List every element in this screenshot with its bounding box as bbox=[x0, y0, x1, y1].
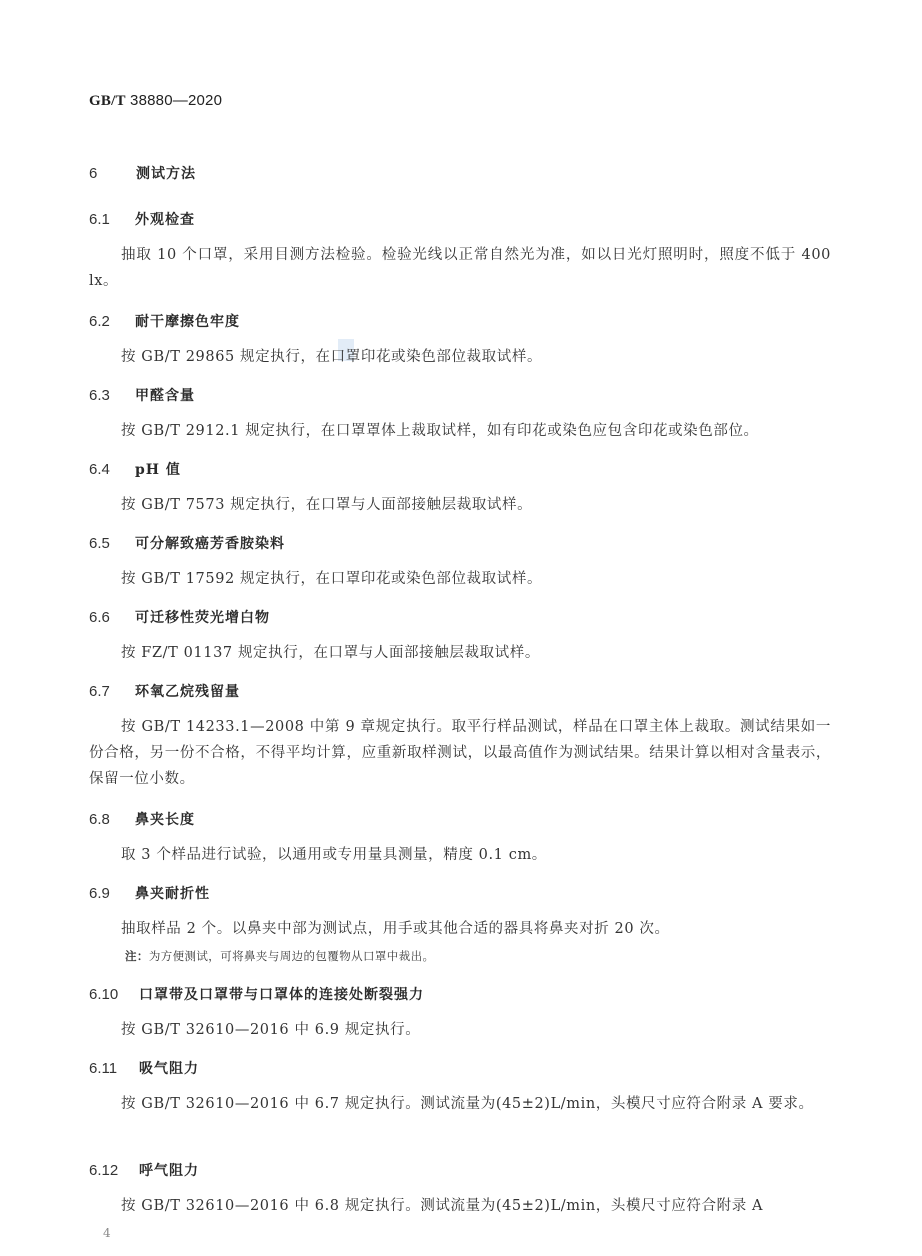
clause-text-6-8: 取 3 个样品进行试验，以通用或专用量具测量，精度 0.1 cm。 bbox=[89, 842, 831, 868]
clause-number: 6.6 bbox=[89, 609, 135, 626]
clause-title: 外观检查 bbox=[135, 209, 195, 229]
clause-text-6-7: 按 GB/T 14233.1—2008 中第 9 章规定执行。取平行样品测试，样… bbox=[89, 714, 831, 792]
clause-number: 6.10 bbox=[89, 986, 139, 1003]
clause-text-6-3: 按 GB/T 2912.1 规定执行，在口罩罩体上裁取试样，如有印花或染色应包含… bbox=[89, 418, 831, 444]
clause-text-6-11: 按 GB/T 32610—2016 中 6.7 规定执行。测试流量为(45±2)… bbox=[89, 1091, 831, 1117]
clause-note-6-9: 注：为方便测试，可将鼻夹与周边的包覆物从口罩中裁出。 bbox=[125, 948, 434, 964]
clause-title: 可迁移性荧光增白物 bbox=[135, 607, 270, 627]
clause-text-6-6: 按 FZ/T 01137 规定执行，在口罩与人面部接触层裁取试样。 bbox=[89, 640, 831, 666]
clause-text-6-2: 按 GB/T 29865 规定执行，在口罩印花或染色部位裁取试样。 bbox=[89, 344, 831, 370]
clause-title: 环氧乙烷残留量 bbox=[135, 681, 240, 701]
clause-title: 耐干摩擦色牢度 bbox=[135, 311, 240, 331]
document-page: GB/T 38880—2020 6测试方法 6.1外观检查 抽取 10 个口罩，… bbox=[0, 0, 922, 1256]
clause-text-6-1: 抽取 10 个口罩，采用目测方法检验。检验光线以正常自然光为准，如以日光灯照明时… bbox=[89, 242, 831, 294]
clause-title: 口罩带及口罩带与口罩体的连接处断裂强力 bbox=[139, 984, 424, 1004]
clause-text-6-12: 按 GB/T 32610—2016 中 6.8 规定执行。测试流量为(45±2)… bbox=[89, 1193, 831, 1219]
clause-text-6-9: 抽取样品 2 个。以鼻夹中部为测试点，用手或其他合适的器具将鼻夹对折 20 次。 bbox=[89, 916, 831, 942]
clause-number: 6.1 bbox=[89, 211, 135, 228]
clause-heading-6-4: 6.4pH 值 bbox=[89, 459, 181, 479]
clause-title: 吸气阻力 bbox=[139, 1058, 199, 1078]
clause-number: 6.11 bbox=[89, 1060, 139, 1077]
clause-title: 鼻夹耐折性 bbox=[135, 883, 210, 903]
clause-heading-6-9: 6.9鼻夹耐折性 bbox=[89, 883, 210, 903]
clause-number: 6.5 bbox=[89, 535, 135, 552]
clause-heading-6-1: 6.1外观检查 bbox=[89, 209, 195, 229]
clause-title: 鼻夹长度 bbox=[135, 809, 195, 829]
section-number: 6 bbox=[89, 165, 136, 182]
clause-heading-6-7: 6.7环氧乙烷残留量 bbox=[89, 681, 240, 701]
clause-number: 6.8 bbox=[89, 811, 135, 828]
clause-text-6-10: 按 GB/T 32610—2016 中 6.9 规定执行。 bbox=[89, 1017, 831, 1043]
clause-number: 6.9 bbox=[89, 885, 135, 902]
clause-heading-6-8: 6.8鼻夹长度 bbox=[89, 809, 195, 829]
clause-heading-6-5: 6.5可分解致癌芳香胺染料 bbox=[89, 533, 285, 553]
note-text: 为方便测试，可将鼻夹与周边的包覆物从口罩中裁出。 bbox=[149, 949, 435, 963]
clause-heading-6-11: 6.11吸气阻力 bbox=[89, 1058, 199, 1078]
section-title: 测试方法 bbox=[136, 163, 196, 183]
clause-heading-6-6: 6.6可迁移性荧光增白物 bbox=[89, 607, 270, 627]
clause-number: 6.4 bbox=[89, 461, 135, 478]
clause-heading-6-2: 6.2耐干摩擦色牢度 bbox=[89, 311, 240, 331]
clause-title: 甲醛含量 bbox=[135, 385, 195, 405]
clause-number: 6.3 bbox=[89, 387, 135, 404]
standard-prefix: GB/T bbox=[89, 93, 126, 109]
clause-heading-6-12: 6.12呼气阻力 bbox=[89, 1160, 199, 1180]
section-heading: 6测试方法 bbox=[89, 163, 196, 183]
page-number: 4 bbox=[103, 1226, 111, 1240]
clause-text-6-4: 按 GB/T 7573 规定执行，在口罩与人面部接触层裁取试样。 bbox=[89, 492, 831, 518]
clause-heading-6-3: 6.3甲醛含量 bbox=[89, 385, 195, 405]
note-label: 注： bbox=[125, 949, 149, 963]
clause-number: 6.12 bbox=[89, 1162, 139, 1179]
clause-title: 可分解致癌芳香胺染料 bbox=[135, 533, 285, 553]
standard-identifier: GB/T 38880—2020 bbox=[89, 92, 222, 110]
clause-number: 6.2 bbox=[89, 313, 135, 330]
clause-title: pH 值 bbox=[135, 459, 181, 479]
standard-number: 38880—2020 bbox=[130, 92, 222, 109]
clause-heading-6-10: 6.10口罩带及口罩带与口罩体的连接处断裂强力 bbox=[89, 984, 424, 1004]
clause-number: 6.7 bbox=[89, 683, 135, 700]
clause-text-6-5: 按 GB/T 17592 规定执行，在口罩印花或染色部位裁取试样。 bbox=[89, 566, 831, 592]
clause-title: 呼气阻力 bbox=[139, 1160, 199, 1180]
